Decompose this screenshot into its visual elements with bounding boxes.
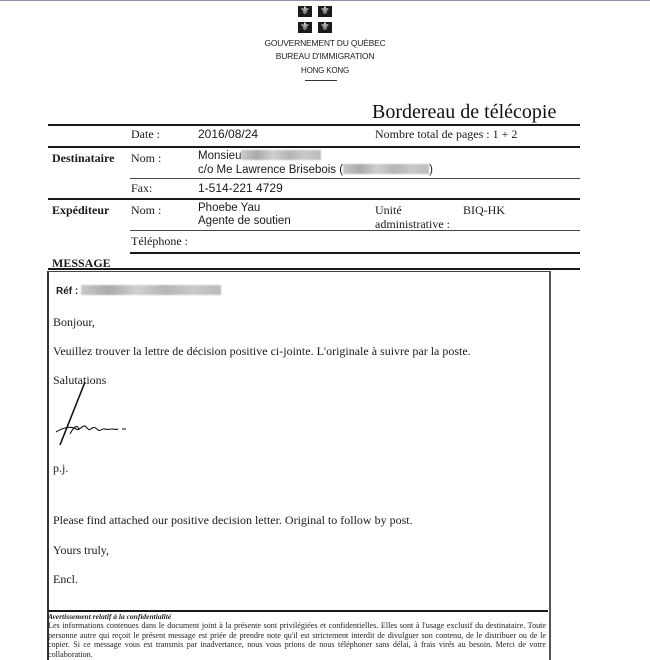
sender-name: Phoebe Yau (198, 202, 260, 214)
bureau-name: BUREAU D'IMMIGRATION (200, 51, 450, 61)
date-rule (48, 146, 580, 148)
redacted-name (241, 150, 321, 160)
document-title: Bordereau de télécopie (372, 101, 556, 124)
name-rule (130, 178, 580, 179)
date-label: Date : (131, 127, 160, 142)
redacted-reference (81, 285, 221, 295)
phone-label: Téléphone : (131, 234, 188, 249)
recipient-name-line1: Monsieu (198, 150, 321, 162)
message-heading-rule (48, 268, 580, 270)
unit-value: BIQ-HK (463, 203, 505, 218)
government-name: GOUVERNEMENT DU QUÉBEC (200, 38, 450, 48)
recipient-name-line2: c/o Me Lawrence Brisebois () (198, 164, 433, 176)
quebec-flag-icon (298, 6, 334, 34)
recipient-name-label: Nom : (131, 151, 161, 166)
sender-section-label: Expéditeur (52, 203, 109, 218)
reference-line: Réf : (56, 285, 221, 297)
page-count: Nombre total de pages : 1 + 2 (375, 127, 517, 142)
title-rule (48, 124, 580, 126)
confidentiality-text: Les informations contenues dans le docum… (48, 621, 546, 659)
body-en: Please find attached our positive decisi… (53, 513, 413, 528)
date-value: 2016/08/24 (198, 127, 258, 141)
window-top-border (0, 0, 650, 1)
recipient-rule (48, 198, 580, 200)
body-fr: Veuillez trouver la lettre de décision p… (53, 344, 471, 359)
signature-icon (52, 378, 142, 448)
sender-role: Agente de soutien (198, 215, 291, 227)
office-location: HONG KONG (200, 66, 450, 75)
sender-name-label: Nom : (131, 203, 161, 218)
enclosure-fr: p.j. (53, 461, 68, 476)
fax-value: 1-514-221 4729 (198, 181, 283, 195)
confidentiality-title: Avertissement relatif à la confidentiali… (48, 612, 171, 621)
fax-label: Fax: (131, 181, 152, 196)
redacted-contact (343, 164, 429, 174)
recipient-section-label: Destinataire (52, 151, 114, 166)
greeting-fr: Bonjour, (53, 315, 95, 330)
phone-rule (130, 252, 580, 254)
logo-divider (305, 80, 337, 81)
closing-en: Yours truly, (53, 543, 109, 558)
enclosure-en: Encl. (53, 572, 78, 587)
unit-label-1: Unité (375, 203, 402, 218)
sender-name-rule (130, 230, 580, 231)
message-box (47, 271, 551, 660)
